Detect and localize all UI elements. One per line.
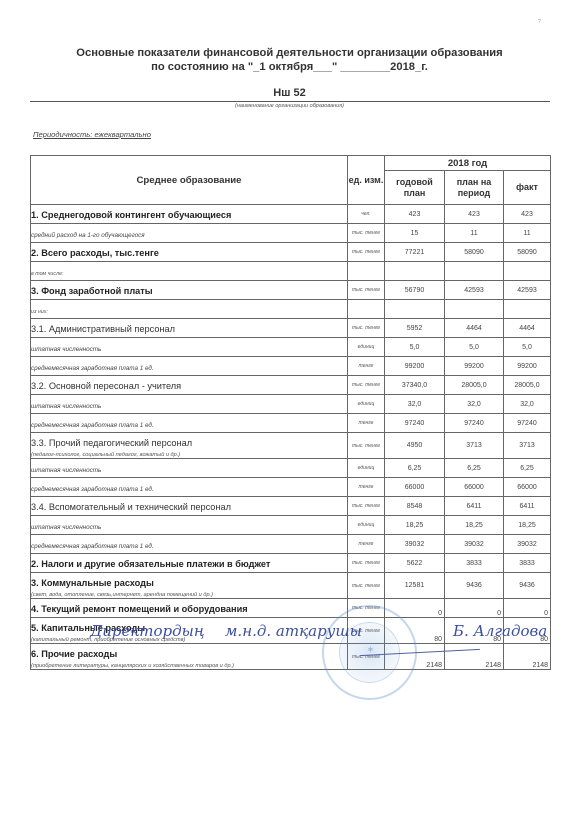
row-value-fact: 58090 [504, 243, 551, 262]
row-value-period: 6,25 [445, 459, 504, 478]
row-label: 3.1. Административный персонал [31, 319, 348, 338]
row-label-text: штатная численность [31, 403, 101, 410]
row-label-text: штатная численность [31, 524, 101, 531]
row-value-fact: 3833 [504, 554, 551, 573]
row-label-text: 3.1. Административный персонал [31, 324, 175, 334]
table-row: 3.1. Административный персоналтыс. тенге… [31, 319, 551, 338]
row-unit: единиц [348, 395, 385, 414]
row-value-period: 28005,0 [445, 376, 504, 395]
row-label: 6. Прочие расходы(приобретение литератур… [31, 644, 348, 670]
row-label-text: среднемесячная заработная плата 1 ед. [31, 365, 154, 372]
row-label: 3.3. Прочий педагогический персонал(педа… [31, 433, 348, 459]
row-unit: тенге [348, 414, 385, 433]
row-label-text: штатная численность [31, 467, 101, 474]
row-label-text: штатная численность [31, 346, 101, 353]
row-unit [348, 300, 385, 319]
row-value-fact: 42593 [504, 281, 551, 300]
row-unit: тенге [348, 478, 385, 497]
page-mark: ? [538, 19, 541, 25]
signature-director-label: Директордың [90, 622, 205, 640]
row-label: 3. Коммунальные расходы(свет, вода, отоп… [31, 573, 348, 599]
row-unit: единиц [348, 459, 385, 478]
row-value-annual: 5,0 [385, 338, 445, 357]
table-row: штатная численностьединиц18,2518,2518,25 [31, 516, 551, 535]
header-year-group: 2018 год [385, 156, 551, 171]
header-unit: ед. изм. [348, 156, 385, 205]
row-unit: тыс. тенге [348, 281, 385, 300]
row-value-fact: 11 [504, 224, 551, 243]
row-label-text: 3.4. Вспомогательный и технический персо… [31, 502, 231, 512]
row-value-fact: 39032 [504, 535, 551, 554]
row-label: 3. Фонд заработной платы [31, 281, 348, 300]
row-label-text: 2. Всего расходы, тыс.тенге [31, 248, 159, 258]
row-value-fact: 97240 [504, 414, 551, 433]
periodicity-label: Периодичность: ежеквартально [33, 130, 151, 139]
row-value-period: 6411 [445, 497, 504, 516]
table-row: 3. Коммунальные расходы(свет, вода, отоп… [31, 573, 551, 599]
table-row: штатная численностьединиц6,256,256,25 [31, 459, 551, 478]
row-value-annual: 39032 [385, 535, 445, 554]
title-line-2: по состоянию на "_1 октября___" ________… [0, 60, 579, 74]
row-label: среднемесячная заработная плата 1 ед. [31, 535, 348, 554]
row-value-annual: 77221 [385, 243, 445, 262]
document-title: Основные показатели финансовой деятельно… [0, 46, 579, 74]
row-unit: тенге [348, 535, 385, 554]
row-label: штатная численность [31, 459, 348, 478]
table-row: среднемесячная заработная плата 1 ед.тен… [31, 478, 551, 497]
row-value-period [445, 262, 504, 281]
row-label: среднемесячная заработная плата 1 ед. [31, 357, 348, 376]
row-value-annual: 5952 [385, 319, 445, 338]
signature-name: Б. Алгадова [453, 622, 547, 640]
row-value-annual [385, 262, 445, 281]
row-value-annual: 12581 [385, 573, 445, 599]
row-unit: тенге [348, 357, 385, 376]
row-label-text: среднемесячная заработная плата 1 ед. [31, 543, 154, 550]
row-label: штатная численность [31, 516, 348, 535]
table-row: 2. Налоги и другие обязательные платежи … [31, 554, 551, 573]
row-label: средний расход на 1-го обучающегося [31, 224, 348, 243]
header-name: Среднее образование [31, 156, 348, 205]
row-value-annual: 56790 [385, 281, 445, 300]
signature-acting-label: м.н.д. атқарушы [225, 622, 362, 640]
row-label-text: 2. Налоги и другие обязательные платежи … [31, 559, 270, 569]
row-value-annual: 32,0 [385, 395, 445, 414]
row-value-annual: 66000 [385, 478, 445, 497]
row-label-text: 3. Коммунальные расходы [31, 578, 154, 588]
row-value-fact [504, 262, 551, 281]
row-value-annual: 5622 [385, 554, 445, 573]
table-row: 4. Текущий ремонт помещений и оборудован… [31, 599, 551, 618]
table-row: штатная численностьединиц5,05,05,0 [31, 338, 551, 357]
row-unit: тыс. тенге [348, 224, 385, 243]
row-value-annual [385, 300, 445, 319]
row-sublabel: (приобретение литературы, канцелярских и… [31, 663, 347, 669]
row-value-fact: 0 [504, 599, 551, 618]
row-label: 1. Среднегодовой контингент обучающиеся [31, 205, 348, 224]
row-value-period: 9436 [445, 573, 504, 599]
row-unit: тыс. тенге [348, 554, 385, 573]
row-label: 3.4. Вспомогательный и технический персо… [31, 497, 348, 516]
row-value-fact: 4464 [504, 319, 551, 338]
row-value-period: 42593 [445, 281, 504, 300]
row-value-period: 423 [445, 205, 504, 224]
row-value-period: 3713 [445, 433, 504, 459]
row-value-annual: 8548 [385, 497, 445, 516]
row-value-period: 0 [445, 599, 504, 618]
row-value-annual: 97240 [385, 414, 445, 433]
row-value-annual: 4950 [385, 433, 445, 459]
row-value-period: 32,0 [445, 395, 504, 414]
table-row: 2. Всего расходы, тыс.тенгетыс. тенге772… [31, 243, 551, 262]
row-value-annual: 99200 [385, 357, 445, 376]
table-row: средний расход на 1-го обучающегосятыс. … [31, 224, 551, 243]
row-value-period: 58090 [445, 243, 504, 262]
table-row: 1. Среднегодовой контингент обучающиесяч… [31, 205, 551, 224]
header-period-plan: план на период [445, 171, 504, 205]
row-label-text: в том числе: [31, 271, 63, 277]
row-value-fact: 32,0 [504, 395, 551, 414]
row-value-period: 66000 [445, 478, 504, 497]
table-body: 1. Среднегодовой контингент обучающиесяч… [31, 205, 551, 670]
row-label: 2. Налоги и другие обязательные платежи … [31, 554, 348, 573]
row-unit: единиц [348, 516, 385, 535]
row-unit: тыс. тенге [348, 497, 385, 516]
row-unit [348, 262, 385, 281]
row-unit: тыс. тенге [348, 573, 385, 599]
organization-name: Нш 52 [0, 87, 579, 99]
table-row: в том числе: [31, 262, 551, 281]
row-label: среднемесячная заработная плата 1 ед. [31, 414, 348, 433]
header-annual-plan: годовой план [385, 171, 445, 205]
row-value-period [445, 300, 504, 319]
row-unit: чел. [348, 205, 385, 224]
row-value-annual: 423 [385, 205, 445, 224]
table-row: 3.3. Прочий педагогический персонал(педа… [31, 433, 551, 459]
row-label-text: 3. Фонд заработной платы [31, 286, 153, 296]
row-label: в том числе: [31, 262, 348, 281]
table-row: среднемесячная заработная плата 1 ед.тен… [31, 535, 551, 554]
row-unit: единиц [348, 338, 385, 357]
row-value-fact: 99200 [504, 357, 551, 376]
row-value-period: 11 [445, 224, 504, 243]
row-label-text: 3.3. Прочий педагогический персонал [31, 438, 192, 448]
table-row: 3.2. Основной пересонал - учителятыс. те… [31, 376, 551, 395]
row-sublabel: (педагог-психолог, социальный педагог, в… [31, 452, 347, 458]
row-value-annual: 18,25 [385, 516, 445, 535]
organization-caption: (наименование организации образования) [0, 103, 579, 109]
row-value-fact: 2148 [504, 644, 551, 670]
row-label: 4. Текущий ремонт помещений и оборудован… [31, 599, 348, 618]
row-value-period: 5,0 [445, 338, 504, 357]
row-unit: тыс. тенге [348, 433, 385, 459]
financial-indicators-table: Среднее образование ед. изм. 2018 год го… [30, 155, 551, 670]
table-row: среднемесячная заработная плата 1 ед.тен… [31, 414, 551, 433]
row-value-period: 99200 [445, 357, 504, 376]
row-label-text: 4. Текущий ремонт помещений и оборудован… [31, 604, 248, 614]
row-label: 3.2. Основной пересонал - учителя [31, 376, 348, 395]
row-unit: тыс. тенге [348, 243, 385, 262]
row-value-period: 18,25 [445, 516, 504, 535]
row-value-annual: 6,25 [385, 459, 445, 478]
row-value-period: 39032 [445, 535, 504, 554]
row-label: штатная численность [31, 395, 348, 414]
row-value-period: 4464 [445, 319, 504, 338]
title-line-1: Основные показатели финансовой деятельно… [0, 46, 579, 60]
row-unit: тыс. тенге [348, 319, 385, 338]
row-value-fact [504, 300, 551, 319]
row-label-text: из них: [31, 309, 48, 315]
row-value-fact: 9436 [504, 573, 551, 599]
row-value-period: 97240 [445, 414, 504, 433]
row-label: среднемесячная заработная плата 1 ед. [31, 478, 348, 497]
row-label-text: 6. Прочие расходы [31, 649, 117, 659]
row-label: 2. Всего расходы, тыс.тенге [31, 243, 348, 262]
row-value-annual: 15 [385, 224, 445, 243]
table-row: из них: [31, 300, 551, 319]
row-value-fact: 5,0 [504, 338, 551, 357]
organization-underline [30, 101, 550, 102]
row-label: из них: [31, 300, 348, 319]
header-fact: факт [504, 171, 551, 205]
row-value-annual: 37340,0 [385, 376, 445, 395]
row-value-fact: 423 [504, 205, 551, 224]
row-label: штатная численность [31, 338, 348, 357]
table-row: 6. Прочие расходы(приобретение литератур… [31, 644, 551, 670]
table-row: 3. Фонд заработной платытыс. тенге567904… [31, 281, 551, 300]
table-row: среднемесячная заработная плата 1 ед.тен… [31, 357, 551, 376]
row-label-text: среднемесячная заработная плата 1 ед. [31, 422, 154, 429]
row-label-text: среднемесячная заработная плата 1 ед. [31, 486, 154, 493]
row-label-text: 3.2. Основной пересонал - учителя [31, 381, 181, 391]
table-row: штатная численностьединиц32,032,032,0 [31, 395, 551, 414]
row-value-period: 3833 [445, 554, 504, 573]
row-value-fact: 66000 [504, 478, 551, 497]
row-value-fact: 3713 [504, 433, 551, 459]
row-label-text: 1. Среднегодовой контингент обучающиеся [31, 210, 231, 220]
row-value-fact: 18,25 [504, 516, 551, 535]
row-value-fact: 28005,0 [504, 376, 551, 395]
row-value-fact: 6,25 [504, 459, 551, 478]
table-row: 3.4. Вспомогательный и технический персо… [31, 497, 551, 516]
row-value-period: 2148 [445, 644, 504, 670]
row-label-text: средний расход на 1-го обучающегося [31, 232, 145, 239]
row-value-fact: 6411 [504, 497, 551, 516]
row-sublabel: (свет, вода, отопление, связь,интернет, … [31, 592, 347, 598]
row-unit: тыс. тенге [348, 376, 385, 395]
